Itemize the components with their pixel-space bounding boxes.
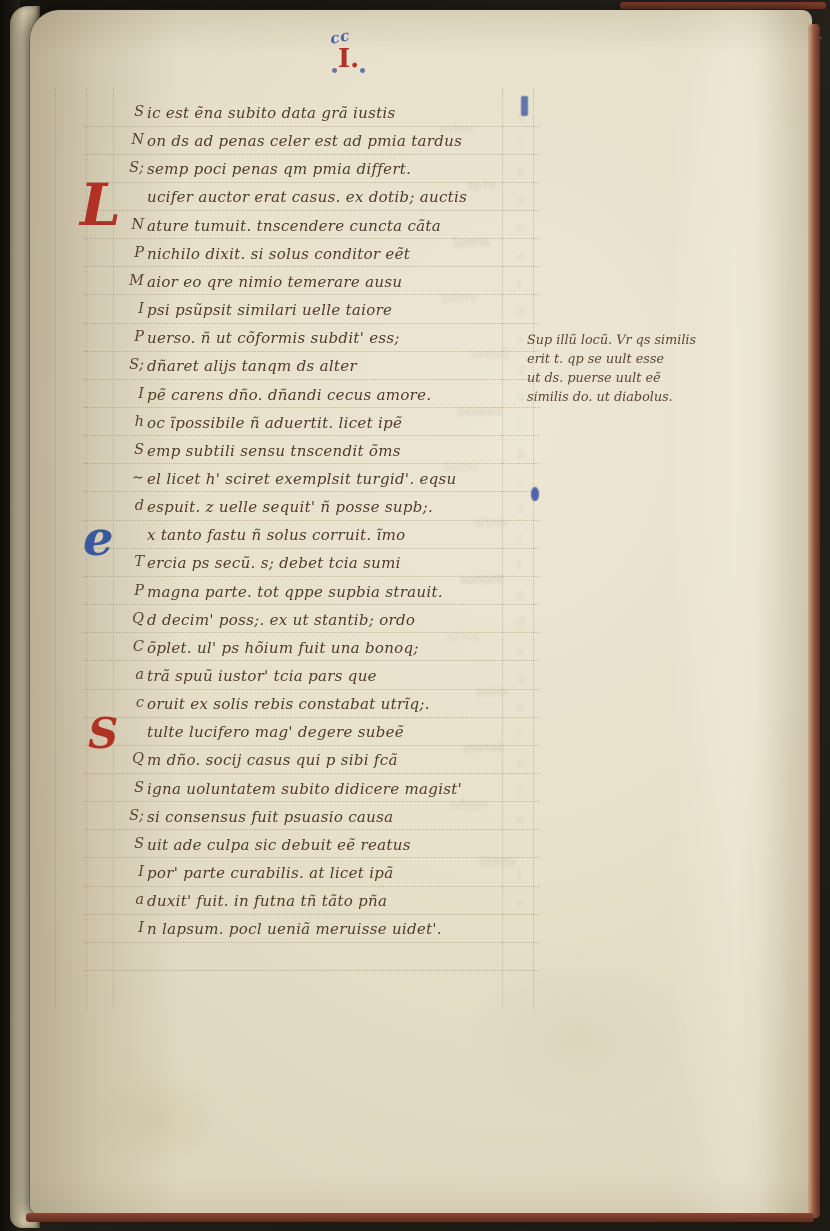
line-text: ucifer auctor erat casus. ex dotib; auct… [147,188,467,206]
bleedthrough-letter: i [517,418,521,432]
ruled-line [83,914,540,915]
bleedthrough-mark: erimt [441,290,477,306]
line-initial: a [118,667,144,683]
bleedthrough-letter: q [517,361,525,375]
line-text: pẽ carens dño. dñandi cecus amore. [147,386,431,404]
line-text: ature tumuit. tnscendere cuncta cãta [147,217,441,235]
ruled-line [83,266,540,267]
blue-dot-icon [332,68,337,73]
fore-edge-top [620,2,826,9]
line-text: ercia ps secũ. s; debet tcia sumi [147,554,401,572]
bleedthrough-letter: d [517,615,525,629]
ruled-line [83,717,540,718]
line-initial: P [118,583,144,599]
ruled-line [83,886,540,887]
ruled-column-line [55,88,56,1010]
bleedthrough-letter: q [517,671,525,685]
bleedthrough-letter: s [517,136,523,150]
gloss-line: erit t. qp se uult esse [527,350,749,369]
line-text: si consensus fuit psuasio causa [147,808,393,826]
line-text: õplet. ul' ps hõium fuit una bonoq; [147,639,419,657]
bleedthrough-mark: pstia [447,628,480,644]
bleedthrough-letter: s [517,643,523,657]
ruled-line [83,323,540,324]
ruled-line [83,548,540,549]
line-initial: S [118,442,144,458]
bleedthrough-mark: manus [460,572,504,589]
line-initial: S; [118,357,144,373]
bleedthrough-letter: e [517,896,524,910]
line-text: semp poci penas qm pmia differt. [147,160,411,178]
bleedthrough-letter: c [517,530,524,544]
line-initial: P [118,245,144,261]
line-text: oruit ex solis rebis constabat utrĩq;. [147,695,430,713]
bleedthrough-letter: a [517,812,524,826]
quire-numeral: I. [338,44,359,74]
fore-edge-bottom [26,1213,814,1222]
versal-initial: L [80,176,121,234]
blue-ink-spot-top [521,96,528,116]
line-text: psi psũpsit similari uelle taiore [147,301,392,319]
ruled-line [83,604,540,605]
gloss-line: Sup illũ locũ. Vr qs similis [527,331,749,350]
ruled-line [83,520,540,521]
bleedthrough-letter: u [517,699,525,713]
bleedthrough-letter: c [517,221,524,235]
line-initial: N [118,217,144,233]
bleedthrough-letter: p [517,164,525,178]
line-initial: ∼ [118,470,144,486]
bleedthrough-mark: supba [450,797,490,813]
bleedthrough-letter: t [517,868,522,882]
bleedthrough-mark: uidel [476,684,509,700]
line-text: por' parte curabilis. at licet ipã [147,864,393,882]
line-initial: S [118,836,144,852]
line-text: espuit. z uelle sequit' ñ posse supb;. [147,498,433,516]
ruled-line [83,970,540,971]
ruled-line [83,829,540,830]
bleedthrough-letter: p [517,755,525,769]
versal-initial: e [83,515,114,563]
blue-dot-icon [360,68,365,73]
quire-mark: cc I. [322,28,382,80]
line-text: d decim' poss;. ex ut stantib; ordo [147,611,415,629]
line-initial: C [118,639,144,655]
bleedthrough-letter: d [517,305,525,319]
ruled-line [83,689,540,690]
bleedthrough-letter: c [517,840,524,854]
ruled-line [83,660,540,661]
ruled-line [83,154,540,155]
line-text: ic est ẽna subito data grã iustis [147,104,396,122]
ruled-line [83,773,540,774]
page-sheen [670,10,790,1216]
bleedthrough-mark: quidã [479,853,516,869]
line-initial: I [118,864,144,880]
line-initial: S; [118,808,144,824]
line-initial: S [118,780,144,796]
line-initial: Q [118,611,144,627]
line-text: uit ade culpa sic debuit eẽ reatus [147,836,411,854]
bleedthrough-mark: simul [454,234,490,250]
manuscript-photo: cc I. 7. untesatqssimulerimtfuissecaussa… [0,0,830,1231]
line-initial: S; [118,160,144,176]
bleedthrough-letter: i [517,727,521,741]
line-initial: Q [118,751,144,767]
bleedthrough-letter: a [517,192,524,206]
gloss-line: similis do. ut diabolus. [527,388,749,407]
bleedthrough-mark: caussa [457,403,502,420]
line-initial: I [118,301,144,317]
ruled-line [83,435,540,436]
gloss-note: Sup illũ locũ. Vr qs similiserit t. qp s… [527,331,749,407]
manuscript-page: cc I. 7. untesatqssimulerimtfuissecaussa… [30,10,812,1216]
line-text: nichilo dixit. si solus conditor eẽt [147,245,410,263]
line-text: m dño. socij casus qui p sibi fcã [147,751,398,769]
ruled-column-line [533,88,534,1010]
bleedthrough-letter: a [517,502,524,516]
ruled-line [83,942,540,943]
line-text: oc ĩpossibile ñ aduertit. licet ipẽ [147,414,402,432]
line-initial: a [118,892,144,908]
line-initial: I [118,920,144,936]
line-initial: h [118,414,144,430]
line-initial: T [118,554,144,570]
line-text: on ds ad penas celer est ad pmia tardus [147,132,462,150]
line-text: tulte lucifero mag' degere subeẽ [147,723,404,741]
line-text: el licet h' sciret exemplsit turgid'. eq… [147,470,457,488]
line-initial: c [118,695,144,711]
line-initial: d [118,498,144,514]
line-initial: S [118,104,144,120]
bleedthrough-letter: s [517,784,523,798]
bleedthrough-letter: e [517,249,524,263]
ruled-column-line [502,88,503,1010]
line-text: magna parte. tot qppe supbia strauit. [147,583,443,601]
line-text: n lapsum. pocl ueniã meruisse uidet'. [147,920,442,938]
bleedthrough-letter: t [517,277,522,291]
bleedthrough-letter: e [517,587,524,601]
ruled-line [83,210,540,211]
bleedthrough-letter: s [517,333,523,347]
bleedthrough-mark: atqs [467,178,495,194]
line-text: aior eo qre nimio temerare ausu [147,273,402,291]
ruled-line [83,491,540,492]
line-text: igna uoluntatem subito didicere magist' [147,780,462,798]
versal-initial: S [88,713,118,755]
blue-ink-spot-mid [531,487,539,501]
line-text: uerso. ñ ut cõformis subdit' ess; [147,329,400,347]
line-initial: M [118,273,144,289]
ruled-line [83,379,540,380]
bleedthrough-letter: t [517,558,522,572]
line-text: dñaret alijs tanqm ds alter [147,357,357,375]
bleedthrough-letter: p [517,446,525,460]
bleedthrough-mark: terom [463,741,503,757]
line-initial: P [118,329,144,345]
ruled-line [83,857,540,858]
line-initial: N [118,132,144,148]
bleedthrough-letter: s [517,474,523,488]
bleedthrough-mark: ordie [473,516,508,532]
fore-edge-right [808,24,820,1218]
gloss-line: ut ds. puerse uult eẽ [527,369,749,388]
line-text: x tanto fastu ñ solus corruit. ĩmo [147,526,405,544]
line-text: emp subtili sensu tnscendit õms [147,442,401,460]
line-text: trã spuũ iustor' tcia pars que [147,667,377,685]
bleedthrough-letter: u [517,390,525,404]
line-text: duxit' fuit. in futna tñ tãto pña [147,892,387,910]
line-initial: I [118,386,144,402]
bleedthrough-mark: fuisse [470,347,509,363]
